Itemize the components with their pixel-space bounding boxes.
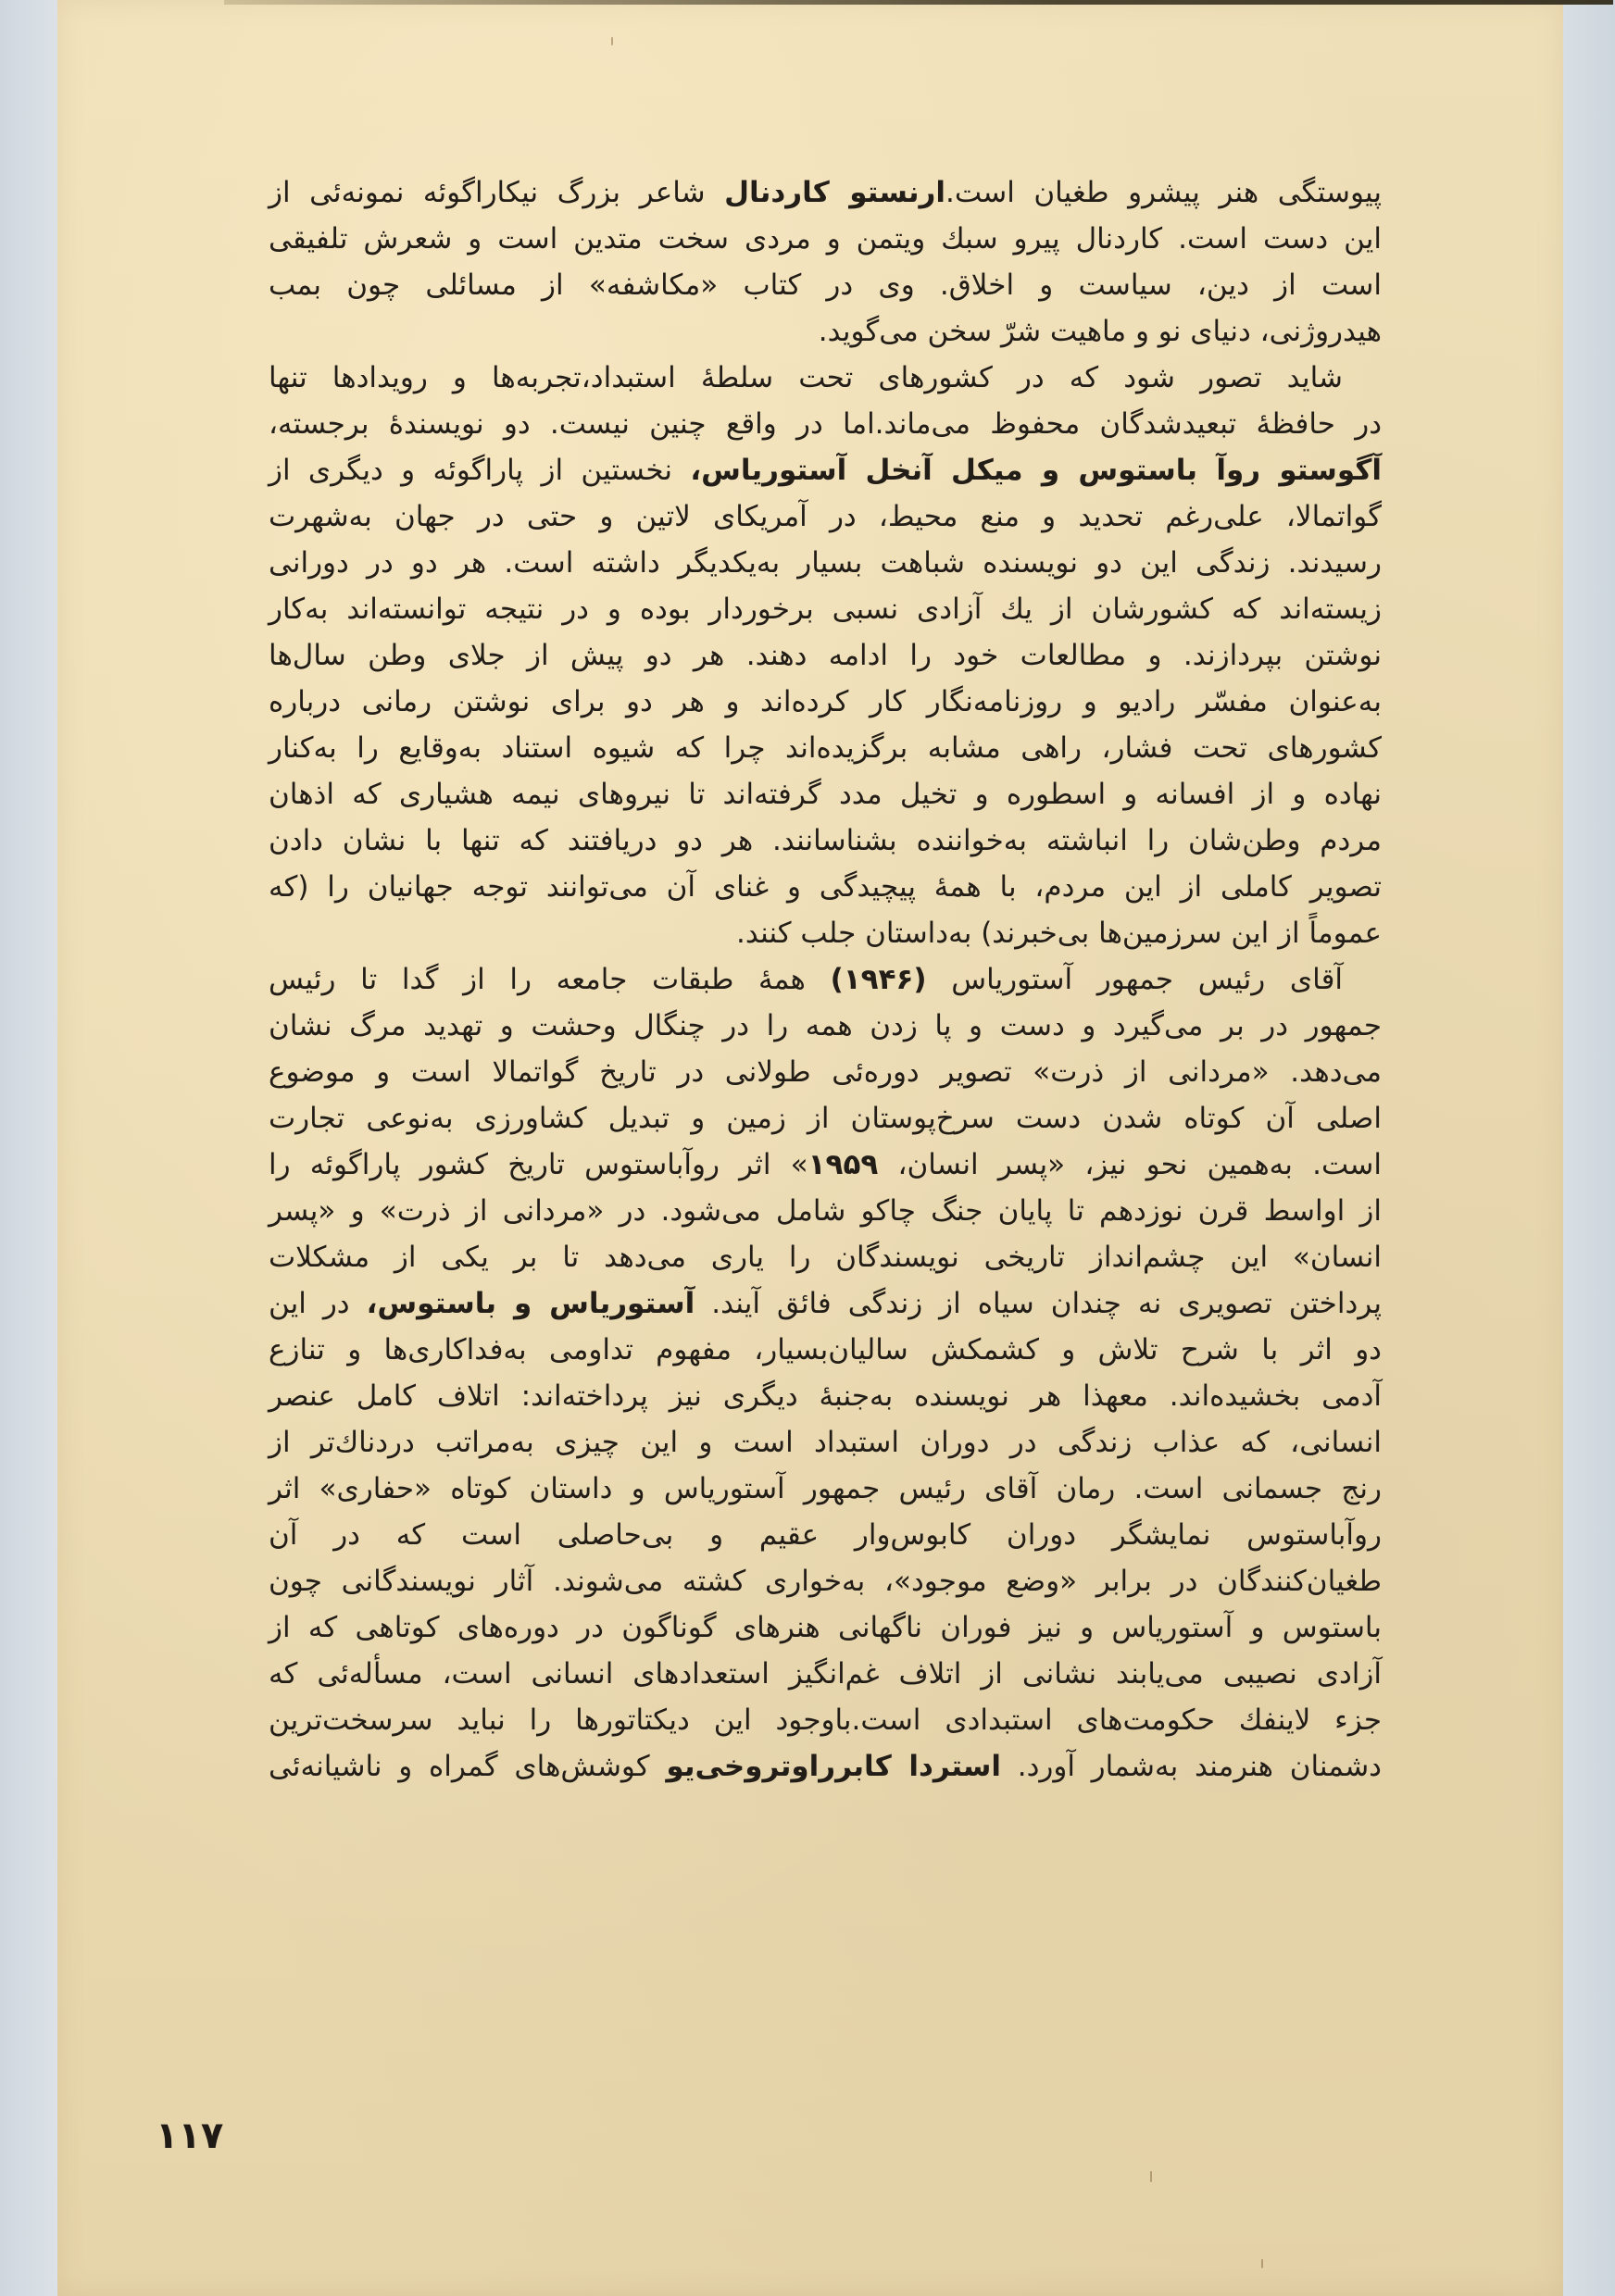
scan-background-right [1561, 0, 1615, 2296]
bold-name: ارنستو کاردنال [724, 176, 945, 209]
text-line: آدمی بخشیده‌اند. معهذا هر نویسنده به‌جنب… [269, 1373, 1382, 1419]
text-line: تصویر کاملی از این مردم، با همهٔ پیچیدگی… [269, 864, 1382, 910]
text-line: مردم وطن‌شان را انباشته به‌خواننده بشناس… [269, 817, 1382, 864]
text-run: از اواسط قرن نوزدهم تا پایان جنگ چاکو شا… [269, 1194, 1382, 1228]
scan-background-left [0, 0, 59, 2296]
text-run: در این [269, 1287, 367, 1320]
text-line: شاید تصور شود که در کشورهای تحت سلطهٔ اس… [269, 355, 1382, 401]
text-line: در حافظهٔ تبعیدشدگان محفوظ می‌ماند.اما د… [269, 401, 1382, 447]
text-run: گواتمالا، علی‌رغم تحدید و منع محیط، در آ… [269, 500, 1382, 533]
text-line: رنج جسمانی است. رمان آقای رئیس جمهور آست… [269, 1466, 1382, 1512]
page-top-shadow [224, 0, 1613, 5]
text-run: رسیدند. زندگی این دو نویسنده شباهت بسیار… [269, 546, 1382, 580]
page-number: ۱۱۷ [156, 2115, 223, 2157]
text-run: دشمنان هنرمند به‌شمار آورد. [1001, 1750, 1382, 1783]
text-run: آزادی نصیبی می‌یابند نشانی از اتلاف غم‌ا… [269, 1657, 1382, 1691]
text-run: طغیان‌کنندگان در برابر «وضع موجود»، به‌خ… [269, 1565, 1382, 1598]
text-line: پیوستگی هنر پیشرو طغیان است.ارنستو کاردن… [269, 169, 1382, 216]
text-run: در حافظهٔ تبعیدشدگان محفوظ می‌ماند.اما د… [269, 407, 1382, 441]
text-line: گواتمالا، علی‌رغم تحدید و منع محیط، در آ… [269, 493, 1382, 540]
text-run: به‌عنوان مفسّر رادیو و روزنامه‌نگار کار … [269, 685, 1382, 718]
text-line: رسیدند. زندگی این دو نویسنده شباهت بسیار… [269, 540, 1382, 586]
text-line: آگوستو روآ باستوس و میکل آنخل آستوریاس، … [269, 447, 1382, 493]
text-line: از اواسط قرن نوزدهم تا پایان جنگ چاکو شا… [269, 1188, 1382, 1234]
text-line: باستوس و آستوریاس و نیز فوران ناگهانی هن… [269, 1604, 1382, 1651]
text-run: دو اثر با شرح تلاش و کشمکش سالیان‌بسیار،… [269, 1333, 1382, 1366]
text-run: شاید تصور شود که در کشورهای تحت سلطهٔ اس… [269, 361, 1343, 394]
text-run: » اثر روآباستوس تاریخ کشور پاراگوئه را [269, 1148, 808, 1181]
text-line: این دست است. کاردنال پیرو سبك ویتمن و مر… [269, 216, 1382, 262]
bold-name: استردا کابرراوتروخی‌یو [666, 1750, 1001, 1783]
text-run: است از دین، سیاست و اخلاق. وی در کتاب «م… [269, 268, 1382, 302]
text-run: هیدروژنی، دنیای نو و ماهیت شرّ سخن می‌گو… [819, 315, 1382, 348]
text-line: پرداختن تصویری نه چندان سیاه از زندگی فا… [269, 1280, 1382, 1327]
text-line: جمهور در بر می‌گیرد و دست و پا زدن همه ر… [269, 1003, 1382, 1049]
text-line: نوشتن بپردازند. و مطالعات خود را ادامه د… [269, 632, 1382, 679]
text-run: اصلی آن کوتاه شدن دست سرخ‌پوستان از زمین… [269, 1102, 1382, 1135]
text-line: است. به‌همین نحو نیز، «پسر انسان، ۱۹۵۹» … [269, 1142, 1382, 1188]
text-run: شاعر بزرگ نیکاراگوئه نمونه‌ئی از [269, 176, 724, 209]
text-run: این دست است. کاردنال پیرو سبك ویتمن و مر… [269, 222, 1382, 256]
paper-speck [611, 37, 613, 45]
text-run: پرداختن تصویری نه چندان سیاه از زندگی فا… [695, 1287, 1382, 1320]
text-run: می‌دهد. «مردانی از ذرت» تصویر دوره‌ئی طو… [269, 1055, 1382, 1089]
text-line: دشمنان هنرمند به‌شمار آورد. استردا کابرر… [269, 1743, 1382, 1790]
paper-speck [1261, 2259, 1263, 2268]
body-text: پیوستگی هنر پیشرو طغیان است.ارنستو کاردن… [269, 169, 1382, 1790]
text-run: است. به‌همین نحو نیز، «پسر انسان، [878, 1148, 1382, 1181]
text-run: انسان» این چشم‌انداز تاریخی نویسندگان را… [269, 1241, 1382, 1274]
text-line: به‌عنوان مفسّر رادیو و روزنامه‌نگار کار … [269, 679, 1382, 725]
text-run: کشورهای تحت فشار، راهی مشابه برگزیده‌اند… [269, 731, 1382, 765]
text-line: است از دین، سیاست و اخلاق. وی در کتاب «م… [269, 262, 1382, 308]
text-run: عموماً از این سرزمین‌ها بی‌خبرند) به‌داس… [736, 917, 1382, 950]
text-run: زیسته‌اند که کشورشان از یك آزادی نسبی بر… [269, 593, 1382, 626]
text-run: نوشتن بپردازند. و مطالعات خود را ادامه د… [269, 639, 1382, 672]
text-line: آقای رئیس جمهور آستوریاس (۱۹۴۶) همهٔ طبق… [269, 956, 1382, 1003]
text-line: عموماً از این سرزمین‌ها بی‌خبرند) به‌داس… [269, 910, 1382, 956]
text-run: آدمی بخشیده‌اند. معهذا هر نویسنده به‌جنب… [269, 1379, 1382, 1413]
text-line: جزء لاینفك حکومت‌های استبدادی است.باوجود… [269, 1697, 1382, 1743]
text-line: اصلی آن کوتاه شدن دست سرخ‌پوستان از زمین… [269, 1095, 1382, 1142]
text-line: هیدروژنی، دنیای نو و ماهیت شرّ سخن می‌گو… [269, 308, 1382, 355]
text-run: روآباستوس نمایشگر دوران کابوس‌وار عقیم و… [269, 1518, 1382, 1552]
text-run: کوشش‌های گمراه و ناشیانه‌ئی [269, 1750, 666, 1783]
bold-name: (۱۹۴۶) [831, 963, 927, 996]
text-line: روآباستوس نمایشگر دوران کابوس‌وار عقیم و… [269, 1512, 1382, 1558]
text-line: آزادی نصیبی می‌یابند نشانی از اتلاف غم‌ا… [269, 1651, 1382, 1697]
paper-speck [1150, 2171, 1152, 2182]
bold-name: آگوستو روآ باستوس و میکل آنخل آستوریاس، [690, 454, 1382, 487]
text-run: نخستین از پاراگوئه و دیگری از [269, 454, 690, 487]
text-line: کشورهای تحت فشار، راهی مشابه برگزیده‌اند… [269, 725, 1382, 771]
text-run: نهاده و از افسانه و اسطوره و تخیل مدد گر… [269, 778, 1382, 811]
text-run: مردم وطن‌شان را انباشته به‌خواننده بشناس… [269, 824, 1382, 857]
text-line: انسان» این چشم‌انداز تاریخی نویسندگان را… [269, 1234, 1382, 1280]
text-line: می‌دهد. «مردانی از ذرت» تصویر دوره‌ئی طو… [269, 1049, 1382, 1095]
text-run: جمهور در بر می‌گیرد و دست و پا زدن همه ر… [269, 1009, 1382, 1042]
bold-name: آستوریاس و باستوس، [367, 1287, 695, 1320]
text-line: زیسته‌اند که کشورشان از یك آزادی نسبی بر… [269, 586, 1382, 632]
text-run: باستوس و آستوریاس و نیز فوران ناگهانی هن… [269, 1611, 1382, 1644]
text-run: انسانی، که عذاب زندگی در دوران استبداد ا… [269, 1426, 1382, 1459]
text-run: رنج جسمانی است. رمان آقای رئیس جمهور آست… [269, 1472, 1382, 1505]
text-run: آقای رئیس جمهور آستوریاس [927, 963, 1343, 996]
text-line: انسانی، که عذاب زندگی در دوران استبداد ا… [269, 1419, 1382, 1466]
text-run: تصویر کاملی از این مردم، با همهٔ پیچیدگی… [269, 870, 1382, 904]
text-run: جزء لاینفك حکومت‌های استبدادی است.باوجود… [269, 1703, 1382, 1737]
text-line: نهاده و از افسانه و اسطوره و تخیل مدد گر… [269, 771, 1382, 817]
text-line: طغیان‌کنندگان در برابر «وضع موجود»، به‌خ… [269, 1558, 1382, 1604]
text-line: دو اثر با شرح تلاش و کشمکش سالیان‌بسیار،… [269, 1327, 1382, 1373]
text-run: پیوستگی هنر پیشرو طغیان است. [945, 176, 1382, 209]
bold-name: ۱۹۵۹ [808, 1148, 879, 1181]
text-run: همهٔ طبقات جامعه را از گدا تا رئیس [269, 963, 831, 996]
